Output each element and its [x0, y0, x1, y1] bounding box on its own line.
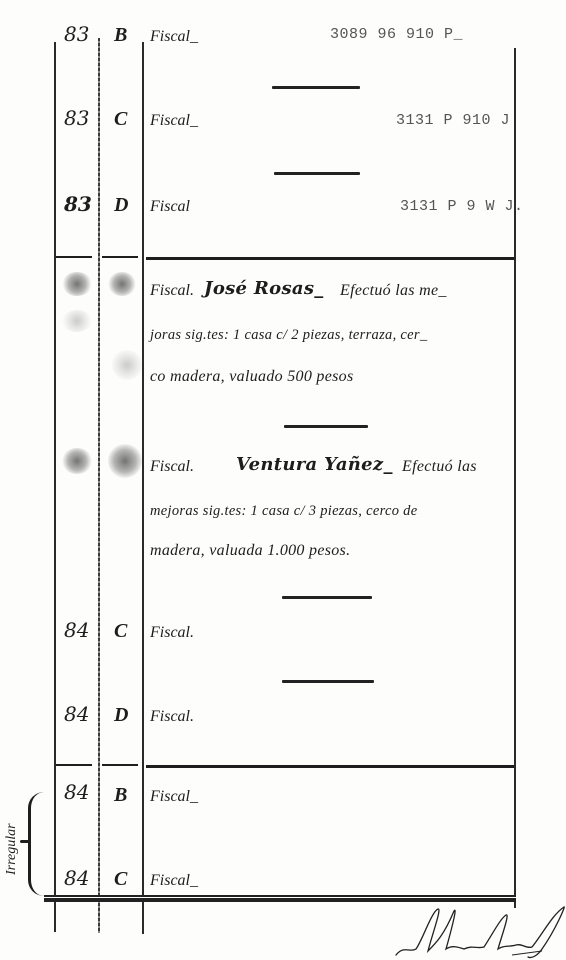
- entry-letter: B: [114, 24, 127, 47]
- entry-number: 83: [64, 22, 89, 46]
- entry-fiscal: Fiscal_: [150, 112, 198, 130]
- entry-letter: B: [114, 784, 127, 807]
- entry-number: 84: [64, 866, 89, 890]
- entry-fiscal: Fiscal_: [150, 28, 198, 46]
- entry-fiscal: Fiscal_: [150, 788, 198, 806]
- separator-dash: [282, 680, 374, 683]
- person-name: José Rosas_: [204, 278, 324, 299]
- ink-smudge: [108, 444, 142, 478]
- separator-dash: [272, 86, 360, 89]
- entry-letter: D: [114, 194, 128, 217]
- margin-note: Irregular: [4, 823, 20, 875]
- entry-text-line: Efectuó las: [402, 458, 477, 476]
- curly-brace: [28, 792, 49, 896]
- entry-letter: C: [114, 620, 127, 643]
- entry-text-line: joras sig.tes: 1 casa c/ 2 piezas, terra…: [150, 327, 427, 344]
- ledger-page: 83 B Fiscal_ 3089 96 910 P_ 83 C Fiscal_…: [0, 0, 566, 960]
- letter-column-divider: [142, 42, 144, 934]
- section-rule: [56, 256, 92, 258]
- ink-smudge: [62, 310, 92, 332]
- ink-smudge: [62, 272, 92, 296]
- pencil-annotation: 3089 96 910 P_: [330, 26, 463, 43]
- entry-number: 83: [64, 106, 89, 130]
- separator-dash: [274, 172, 360, 175]
- entry-fiscal: Fiscal: [150, 198, 190, 216]
- entry-number: 84: [64, 780, 89, 804]
- pencil-annotation: 3131 P 910 J: [396, 112, 510, 129]
- entry-letter: C: [114, 868, 127, 891]
- ink-smudge: [112, 350, 142, 380]
- entry-fiscal: Fiscal.: [150, 624, 194, 642]
- ink-smudge: [108, 272, 136, 296]
- left-border-line: [54, 42, 56, 932]
- section-rule: [102, 764, 138, 766]
- curly-brace-tip: [20, 840, 30, 843]
- section-rule: [146, 257, 514, 260]
- entry-number: 83: [64, 192, 92, 216]
- entry-number: 84: [64, 618, 89, 642]
- number-column-divider: [98, 38, 100, 933]
- right-border-line: [514, 48, 516, 908]
- entry-text-line: co madera, valuado 500 pesos: [150, 368, 354, 386]
- ink-smudge: [62, 448, 92, 474]
- section-rule: [56, 764, 92, 766]
- separator-dash: [282, 596, 372, 599]
- pencil-annotation: 3131 P 9 W J.: [400, 198, 524, 215]
- entry-letter: C: [114, 108, 127, 131]
- person-name: Ventura Yañez_: [236, 454, 393, 475]
- entry-text-line: Efectuó las me_: [340, 282, 447, 300]
- signature: [392, 905, 566, 960]
- entry-text-line: mejoras sig.tes: 1 casa c/ 3 piezas, cer…: [150, 503, 417, 520]
- entry-fiscal: Fiscal_: [150, 872, 198, 890]
- entry-text-line: madera, valuada 1.000 pesos.: [150, 542, 350, 560]
- section-rule: [102, 256, 138, 258]
- entry-number: 84: [64, 702, 89, 726]
- section-rule: [146, 765, 514, 768]
- entry-fiscal: Fiscal.: [150, 458, 194, 476]
- entry-letter: D: [114, 704, 128, 727]
- entry-fiscal: Fiscal.: [150, 282, 194, 300]
- separator-dash: [284, 425, 368, 428]
- entry-fiscal: Fiscal.: [150, 708, 194, 726]
- closing-double-rule: [44, 895, 516, 902]
